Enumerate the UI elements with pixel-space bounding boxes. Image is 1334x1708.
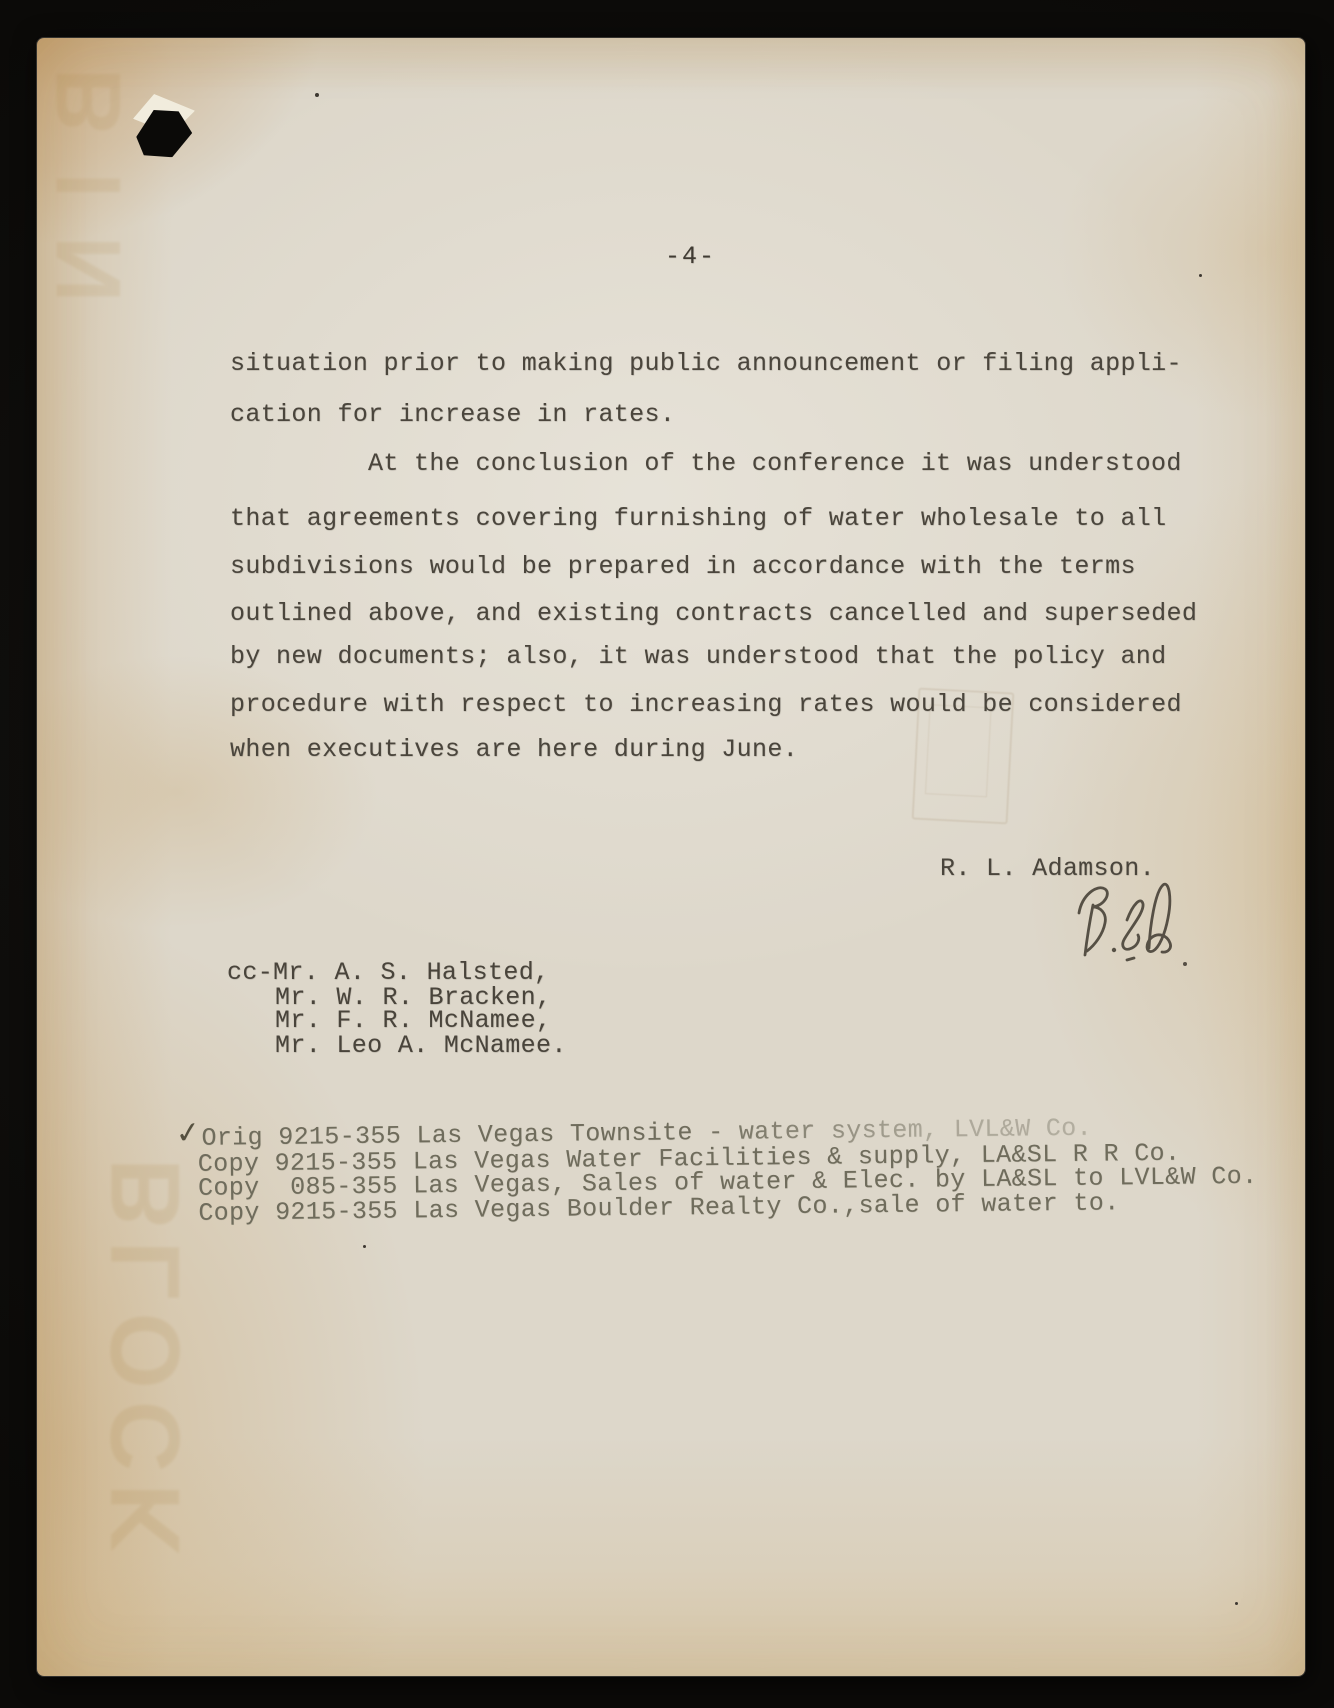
paper-speck bbox=[363, 1245, 366, 1248]
body-line: At the conclusion of the conference it w… bbox=[368, 449, 1182, 478]
paper-speck bbox=[1199, 274, 1202, 277]
body-line: subdivisions would be prepared in accord… bbox=[230, 552, 1136, 581]
body-line: cation for increase in rates. bbox=[230, 400, 675, 429]
body-line: outlined above, and existing contracts c… bbox=[230, 599, 1197, 628]
file-notations-block: ✓ Orig 9215-355 Las Vegas Townsite - wat… bbox=[181, 1107, 1322, 1240]
page-number: -4- bbox=[665, 242, 716, 271]
file-checkmark: ✓ bbox=[175, 1111, 201, 1155]
body-line: when executives are here during June. bbox=[230, 735, 798, 764]
body-line: situation prior to making public announc… bbox=[230, 349, 1182, 378]
cc-line: Mr. Leo A. McNamee. bbox=[275, 1031, 567, 1060]
signature-initials-handwritten bbox=[1067, 878, 1197, 978]
body-line: by new documents; also, it was understoo… bbox=[230, 642, 1167, 671]
paper-speck bbox=[1235, 1602, 1238, 1605]
scan-background: BIN BLOCK -4- situation prior to making … bbox=[0, 0, 1334, 1708]
document-page: BIN BLOCK -4- situation prior to making … bbox=[37, 38, 1305, 1676]
body-line: procedure with respect to increasing rat… bbox=[230, 690, 1182, 719]
body-line: that agreements covering furnishing of w… bbox=[230, 504, 1167, 533]
bleedthrough-text-top: BIN bbox=[37, 68, 142, 340]
paper-speck bbox=[315, 93, 319, 97]
